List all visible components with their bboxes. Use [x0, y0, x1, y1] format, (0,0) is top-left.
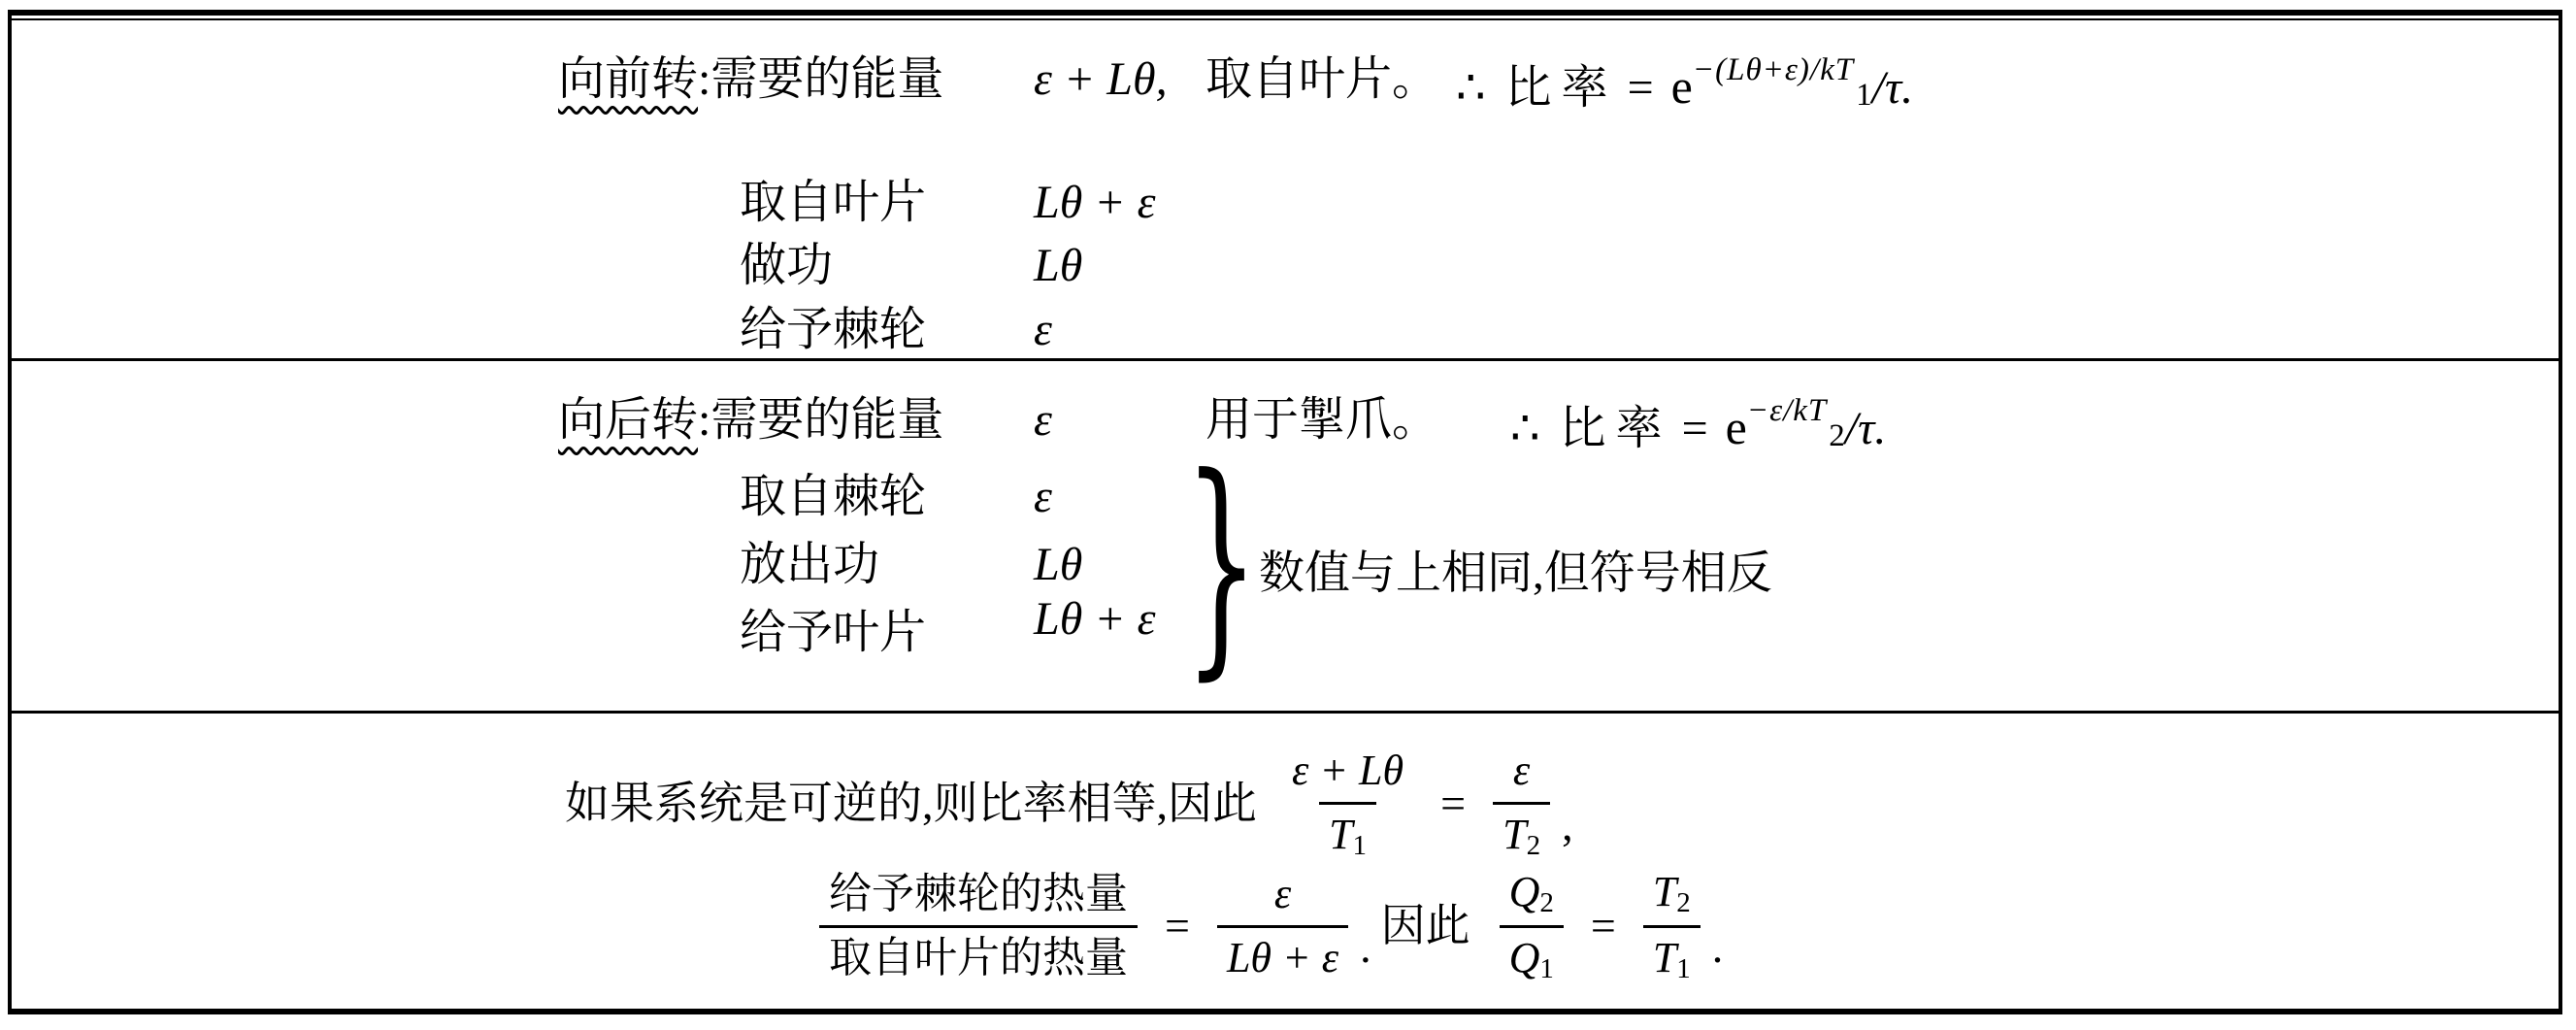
exponent-superscript: −ε/kT [1747, 393, 1827, 428]
exponent-superscript: −(Lθ+ε)/kT [1693, 52, 1854, 87]
backward-energy-label: 需要的能量 [710, 394, 943, 446]
fraction-numerator: ε [1265, 869, 1301, 925]
backward-colon: : [698, 394, 710, 446]
subscript-1: 1 [1353, 830, 1368, 861]
comma: , [1562, 800, 1573, 851]
therefore-text: 因此 [1381, 901, 1470, 952]
item-label: 取自叶片 [740, 177, 926, 228]
fraction-denominator: T1 [1643, 925, 1701, 986]
section-backward-turn: 向后转:需要的能量 ε 用于掣爪。 ∴比率=e−ε/kT2/τ. 取自棘轮 ε … [12, 358, 2559, 714]
therefore-symbol: ∴ [1456, 62, 1486, 114]
item-label: 给予棘轮 [740, 304, 926, 355]
fraction-epsilon-over-T2: ε T2 [1493, 746, 1550, 863]
heat-ratio-line: 给予棘轮的热量 取自叶片的热量 = ε Lθ + ε . 因此 Q2 Q1 = … [808, 867, 1723, 986]
fraction-numerator: 给予棘轮的热量 [819, 869, 1138, 925]
over-tau: /τ. [1845, 403, 1887, 454]
forward-source-text: 取自叶片。 [1205, 52, 1438, 106]
forward-energy-value: ε + Lθ, [1034, 52, 1168, 106]
reversible-text: 如果系统是可逆的,则比率相等,因此 [565, 779, 1257, 830]
item-value: Lθ + ε [1034, 176, 1156, 229]
subscript-1: 1 [1539, 953, 1554, 984]
ratio-label: 比率 [1505, 62, 1618, 114]
item-label: 做功 [740, 240, 833, 291]
fraction-energy-over-T1: ε + Lθ T1 [1282, 746, 1413, 863]
brace-note: 数值与上相同,但符号相反 [1259, 548, 1772, 600]
T-symbol: T [1653, 868, 1676, 915]
subscript-2: 2 [1527, 830, 1541, 861]
Q-symbol: Q [1509, 868, 1540, 915]
forward-energy-label: 需要的能量 [710, 53, 943, 105]
table-row: 取自叶片 Lθ + ε [740, 176, 926, 229]
item-label: 取自棘轮 [740, 471, 926, 522]
section-forward-turn: 向前转:需要的能量 ε + Lθ, 取自叶片。 ∴比率=e−(Lθ+ε)/kT1… [12, 16, 2559, 358]
temperature-subscript: 1 [1856, 78, 1872, 113]
item-value: Lθ [1034, 239, 1082, 292]
table-row: 给予叶片 Lθ + ε [740, 606, 926, 659]
fraction-numerator: ε [1503, 746, 1539, 802]
equals-sign: = [1165, 901, 1190, 952]
temperature-subscript: 2 [1829, 418, 1845, 453]
backward-header-row: 向后转:需要的能量 ε 用于掣爪。 ∴比率=e−ε/kT2/τ. [558, 393, 943, 447]
T-symbol: T [1653, 934, 1676, 981]
table-row: 取自棘轮 ε [740, 470, 926, 523]
fraction-denominator: T1 [1319, 802, 1376, 863]
backward-energy-value: ε [1034, 393, 1052, 447]
item-label: 给予叶片 [740, 607, 926, 658]
table-frame: 向前转:需要的能量 ε + Lθ, 取自叶片。 ∴比率=e−(Lθ+ε)/kT1… [8, 10, 2562, 1014]
forward-ratio-formula: ∴比率=e−(Lθ+ε)/kT1/τ. [1456, 52, 1913, 116]
item-label: 放出功 [740, 539, 879, 590]
over-tau: /τ. [1872, 62, 1914, 114]
exponential-base: e [1726, 400, 1747, 454]
scanned-table-page: 向前转:需要的能量 ε + Lθ, 取自叶片。 ∴比率=e−(Lθ+ε)/kT1… [0, 0, 2576, 1030]
item-value: ε [1034, 470, 1052, 523]
period: . [1360, 922, 1371, 974]
fraction-heat-ratchet-over-vane: 给予棘轮的热量 取自叶片的热量 [819, 869, 1138, 984]
fraction-numerator: T2 [1643, 867, 1701, 925]
period: . [1712, 922, 1724, 974]
equals-sign: = [1628, 62, 1654, 114]
exponential-base: e [1671, 59, 1693, 114]
equals-sign: = [1440, 779, 1466, 830]
forward-heading: 向前转 [558, 53, 698, 105]
item-value: Lθ [1034, 538, 1082, 591]
forward-header-row: 向前转:需要的能量 ε + Lθ, 取自叶片。 ∴比率=e−(Lθ+ε)/kT1… [558, 52, 943, 106]
reversible-line: 如果系统是可逆的,则比率相等,因此 ε + Lθ T1 = ε T2 , [565, 746, 1573, 863]
therefore-symbol: ∴ [1510, 403, 1540, 454]
subscript-2: 2 [1539, 887, 1554, 918]
Q-symbol: Q [1509, 934, 1540, 981]
equals-sign: = [1591, 901, 1616, 952]
table-row: 做功 Lθ [740, 239, 833, 292]
fraction-denominator: Q1 [1500, 925, 1564, 986]
item-value: Lθ + ε [1034, 592, 1156, 646]
section-reversible-conclusion: 如果系统是可逆的,则比率相等,因此 ε + Lθ T1 = ε T2 , 给予棘… [12, 711, 2559, 1009]
subscript-1: 1 [1676, 953, 1691, 984]
T-symbol: T [1329, 811, 1352, 858]
fraction-Q2-over-Q1: Q2 Q1 [1500, 867, 1564, 986]
fraction-epsilon-over-Ltheta-plus-epsilon: ε Lθ + ε [1217, 869, 1348, 984]
fraction-T2-over-T1: T2 T1 [1643, 867, 1701, 986]
T-symbol: T [1503, 811, 1526, 858]
fraction-denominator: T2 [1493, 802, 1550, 863]
table-row: 放出功 Lθ [740, 538, 879, 591]
equals-sign: = [1682, 403, 1708, 454]
fraction-denominator: Lθ + ε [1217, 925, 1348, 984]
subscript-2: 2 [1676, 887, 1691, 918]
table-row: 给予棘轮 ε [740, 303, 926, 356]
fraction-numerator: ε + Lθ [1282, 746, 1413, 802]
backward-ratio-formula: ∴比率=e−ε/kT2/τ. [1510, 393, 1886, 456]
fraction-denominator: 取自叶片的热量 [819, 925, 1138, 984]
backward-heading: 向后转 [558, 394, 698, 446]
ratio-label: 比率 [1560, 403, 1672, 454]
forward-colon: : [698, 53, 710, 105]
fraction-numerator: Q2 [1500, 867, 1564, 925]
item-value: ε [1034, 303, 1052, 356]
grouping-brace: } [1184, 447, 1259, 681]
